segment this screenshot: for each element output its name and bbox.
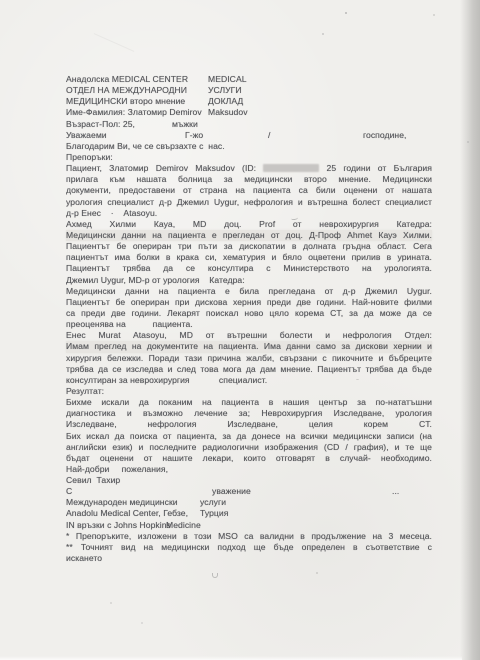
document-text-segment: Възраст-Пол: 25, [66, 119, 135, 130]
scan-artifact [345, 12, 347, 14]
paper-crease [94, 33, 135, 52]
document-text-segment: / [268, 130, 270, 141]
scan-artifact [433, 14, 435, 16]
document-line: документи, предоставени от страна на пац… [66, 185, 432, 196]
scan-artifact [322, 33, 324, 35]
scan-artifact [141, 622, 143, 624]
document-line: трябва да се изследва и след това мога д… [66, 364, 432, 375]
document-line: УважаемиГ-жо/господине, [66, 130, 432, 141]
document-text-segment: Medicine [166, 520, 201, 531]
document-line: Енес Murat Atasoyu, MD от вътрешни болес… [66, 330, 432, 341]
document-line: Бихме искали да поканим на пациента в на… [66, 397, 432, 408]
document-line: Име-Фамилия: Златомир DemirovMaksudov [66, 107, 432, 118]
document-text-segment: мъжки [172, 119, 198, 130]
document-line: английски език) и последните радиологичн… [66, 442, 432, 453]
document-line: прилага към нашата болница за медицински… [66, 174, 432, 185]
document-line: Медицински данни на пациента е прегледан… [66, 230, 432, 241]
document-line: Изследване, нефрология Изследване, целия… [66, 419, 432, 430]
document-line: бъдат оценени от нашите лекари, които от… [66, 453, 432, 464]
document-text-segment: Международен медицински [66, 497, 178, 508]
scan-artifact [467, 141, 469, 143]
document-text-segment: IN връзки с Johns Hopkins [66, 520, 171, 531]
document-line: Най-добри пожелания, [66, 464, 432, 475]
document-line: Резултат: [66, 386, 432, 397]
document-text-segment: услуги [200, 497, 226, 508]
document-text-block: Анадолска MEDICAL CENTERMEDICALОТДЕЛ НА … [66, 74, 432, 564]
document-line: Международен медицинскиуслуги [66, 497, 432, 508]
document-line: ** Точният вид на медицински подход ще б… [66, 542, 432, 553]
document-line: Anadolu Medical Center, Гебзе,Турция [66, 508, 432, 519]
document-text-segment: уважение [212, 486, 251, 497]
document-text-segment: Анадолска MEDICAL CENTER [66, 74, 188, 85]
document-line: Севил Тахир [66, 475, 432, 486]
document-text-segment: Anadolu Medical Center, Гебзе, [66, 508, 188, 519]
document-line: диагностика и възможно лечение за; Невро… [66, 408, 432, 419]
document-text-segment: ... [392, 486, 399, 497]
document-line: ОТДЕЛ НА МЕЖДУНАРОДНИУСЛУГИ [66, 85, 432, 96]
document-line: Пациент, Златомир Demirov Maksudov (ID: … [66, 163, 432, 174]
document-text-segment: господине, [363, 130, 407, 141]
redacted-patient-id [263, 164, 319, 172]
document-text-segment: ДОКЛАД [208, 96, 243, 107]
document-line: Ахмед Хилми Кауа, MD доц. Prof от неврох… [66, 219, 432, 230]
document-text-segment: УСЛУГИ [208, 85, 242, 96]
scan-edge-shadow [460, 0, 480, 660]
document-line: урология специалист д-р Джемил Uygur, не… [66, 197, 432, 208]
document-line: МЕДИЦИНСКИ второ мнениеДОКЛАД [66, 96, 432, 107]
document-text-segment: Г-жо [185, 130, 203, 141]
document-line: искането [66, 553, 432, 564]
document-line: Пациентът бе опериран три пъти за дископ… [66, 241, 432, 252]
document-text-segment: ОТДЕЛ НА МЕЖДУНАРОДНИ [66, 85, 187, 96]
document-line: д-р Енес · Atasoyu. [66, 208, 432, 219]
scan-artifact [212, 573, 218, 578]
document-text-segment: Уважаеми [66, 130, 107, 141]
document-line: хирургия бележки. Поради тази причина жа… [66, 353, 432, 364]
document-line: Бих искал да поиска от пациента, за да д… [66, 431, 432, 442]
document-line: Възраст-Пол: 25,мъжки [66, 119, 432, 130]
document-line: Джемил Uygur, MD-р от урология Катедра: [66, 275, 432, 286]
document-line: преоценява на пациента. [66, 319, 432, 330]
scan-artifact [110, 602, 112, 604]
document-line: са преди две години. Лекарят поискал нов… [66, 308, 432, 319]
scanned-document-page: Анадолска MEDICAL CENTERMEDICALОТДЕЛ НА … [0, 0, 480, 660]
document-line: Имам преглед на документите на пациента.… [66, 341, 432, 352]
document-text-segment: МЕДИЦИНСКИ второ мнение [66, 96, 185, 107]
document-line: Медицински данни на пациента е била прег… [66, 286, 432, 297]
document-line: Пациентът бе опериран при дискова херния… [66, 297, 432, 308]
document-line: IN връзки с Johns HopkinsMedicine [66, 520, 432, 531]
document-line: пациентът има болки в крака си, хематури… [66, 252, 432, 263]
document-text-segment: MEDICAL [208, 74, 247, 85]
document-line: * Препоръките, изложени в този MSO са ва… [66, 531, 432, 542]
document-line: консултиран за неврохирургия специалист. [66, 375, 432, 386]
document-line: Благодарим Ви, че се свързахте с нас. [66, 141, 432, 152]
document-text-segment: С [66, 486, 72, 497]
document-text-segment: Име-Фамилия: Златомир Demirov [66, 107, 202, 118]
document-text-segment: Турция [200, 508, 228, 519]
scan-bottom-edge [0, 656, 462, 660]
document-line: Суважение... [66, 486, 432, 497]
document-line: Анадолска MEDICAL CENTERMEDICAL [66, 74, 432, 85]
document-line: Пациентът трябва да се консултира с Мини… [66, 263, 432, 274]
document-text-segment: Maksudov [208, 107, 248, 118]
scan-artifact [356, 379, 359, 380]
scan-artifact [316, 572, 318, 574]
document-line: Препоръки: [66, 152, 432, 163]
